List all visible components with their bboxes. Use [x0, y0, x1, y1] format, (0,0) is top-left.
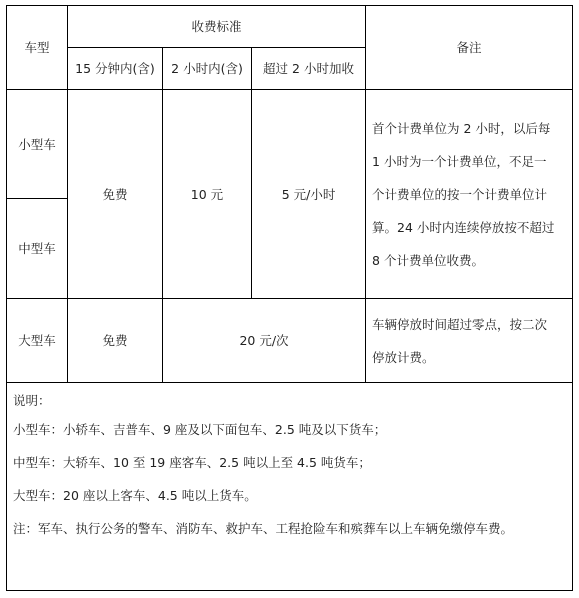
- large-over-15min: 20 元/次: [163, 299, 366, 383]
- note-small: 小型车：小轿车、吉普车、9 座及以下面包车、2.5 吨及以下货车；: [13, 415, 564, 448]
- small-medium-within-15min: 免费: [68, 90, 163, 299]
- remark-line: 8 个计费单位收费。: [372, 244, 568, 277]
- small-medium-within-2h: 10 元: [163, 90, 252, 299]
- row-small-type: 小型车: [7, 90, 68, 199]
- remark-line: 个计费单位的按一个计费单位计: [372, 178, 568, 211]
- note-exempt: 注：军车、执行公务的警车、消防车、救护车、工程抢险车和殡葬车以上车辆免缴停车费。: [13, 514, 564, 547]
- remark-line: 停放计费。: [372, 341, 568, 374]
- header-vehicle-type: 车型: [7, 6, 68, 90]
- header-over-2h: 超过 2 小时加收: [252, 48, 366, 90]
- note-large: 大型车：20 座以上客车、4.5 吨以上货车。: [13, 481, 564, 514]
- parking-fee-table: 车型 收费标准 备注 15 分钟内(含) 2 小时内(含) 超过 2 小时加收 …: [6, 5, 573, 591]
- remark-line: 算。24 小时内连续停放按不超过: [372, 211, 568, 244]
- remark-line: 1 小时为一个计费单位，不足一: [372, 145, 568, 178]
- header-within-2h: 2 小时内(含): [163, 48, 252, 90]
- row-medium-type: 中型车: [7, 199, 68, 299]
- row-large-type: 大型车: [7, 299, 68, 383]
- notes-title: 说明：: [13, 389, 564, 415]
- large-within-15min: 免费: [68, 299, 163, 383]
- notes-section: 说明： 小型车：小轿车、吉普车、9 座及以下面包车、2.5 吨及以下货车； 中型…: [7, 383, 573, 591]
- header-remark: 备注: [366, 6, 573, 90]
- remark-line: 车辆停放时间超过零点，按二次: [372, 308, 568, 341]
- note-medium: 中型车：大轿车、10 至 19 座客车、2.5 吨以上至 4.5 吨货车；: [13, 448, 564, 481]
- large-remark: 车辆停放时间超过零点，按二次 停放计费。: [366, 299, 573, 383]
- remark-line: 首个计费单位为 2 小时，以后每: [372, 112, 568, 145]
- small-medium-over-2h: 5 元/小时: [252, 90, 366, 299]
- small-medium-remark: 首个计费单位为 2 小时，以后每 1 小时为一个计费单位，不足一 个计费单位的按…: [366, 90, 573, 299]
- header-within-15min: 15 分钟内(含): [68, 48, 163, 90]
- header-fee-standard: 收费标准: [68, 6, 366, 48]
